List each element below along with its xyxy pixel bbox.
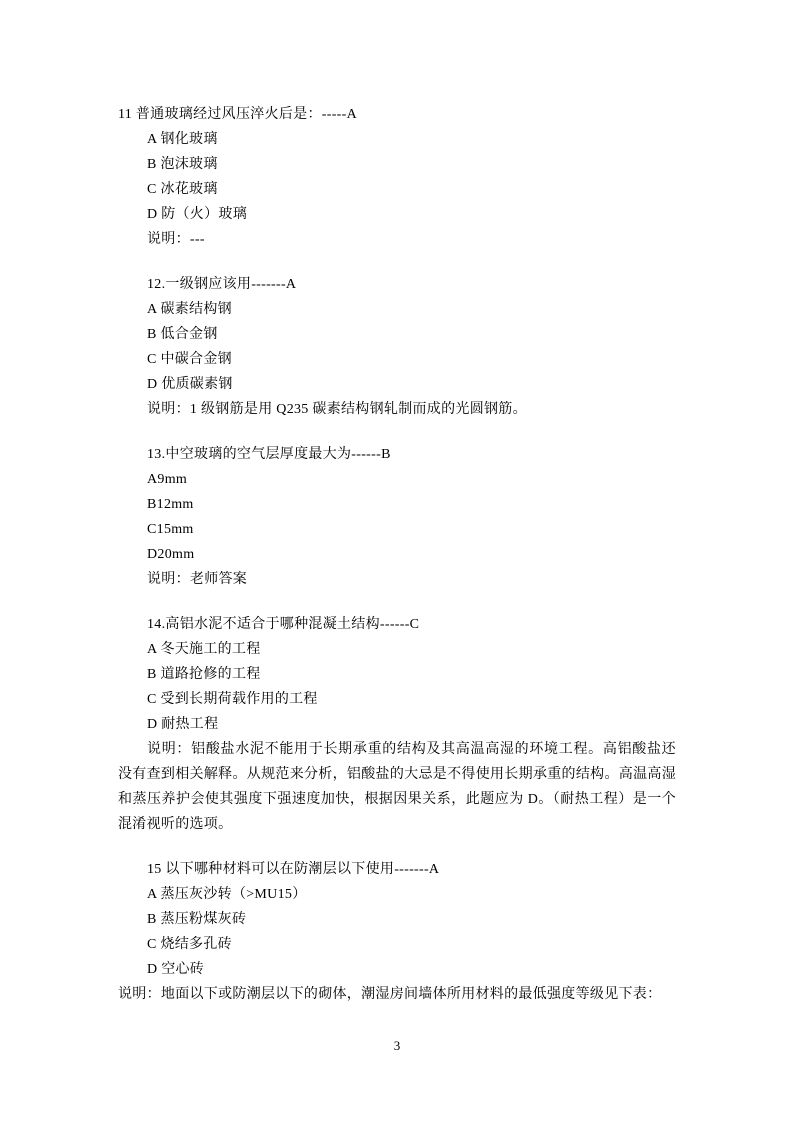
question-13-option-c: C15mm bbox=[118, 517, 676, 542]
question-13-explanation: 说明：老师答案 bbox=[118, 567, 676, 592]
question-12-explanation: 说明：1 级钢筋是用 Q235 碳素结构钢轧制而成的光圆钢筋。 bbox=[118, 397, 676, 422]
question-12-option-c: C 中碳合金钢 bbox=[118, 347, 676, 372]
question-11-option-d: D 防（火）玻璃 bbox=[118, 202, 676, 227]
question-14-option-a: A 冬天施工的工程 bbox=[118, 637, 676, 662]
question-11-option-a: A 钢化玻璃 bbox=[118, 127, 676, 152]
question-12-title: 12.一级钢应该用-------A bbox=[118, 272, 676, 297]
question-13: 13.中空玻璃的空气层厚度最大为------B A9mm B12mm C15mm… bbox=[118, 442, 676, 592]
question-13-option-d: D20mm bbox=[118, 542, 676, 567]
question-15-option-c: C 烧结多孔砖 bbox=[118, 932, 676, 957]
question-15-explanation: 说明：地面以下或防潮层以下的砌体，潮湿房间墙体所用材料的最低强度等级见下表： bbox=[118, 982, 676, 1007]
question-13-option-a: A9mm bbox=[118, 467, 676, 492]
question-15-option-d: D 空心砖 bbox=[118, 957, 676, 982]
question-12: 12.一级钢应该用-------A A 碳素结构钢 B 低合金钢 C 中碳合金钢… bbox=[118, 272, 676, 422]
page-number: 3 bbox=[0, 1033, 794, 1058]
question-14-option-c: C 受到长期荷载作用的工程 bbox=[118, 687, 676, 712]
question-12-option-d: D 优质碳素钢 bbox=[118, 372, 676, 397]
question-11-option-c: C 冰花玻璃 bbox=[118, 177, 676, 202]
question-11: 11 普通玻璃经过风压淬火后是：-----A A 钢化玻璃 B 泡沫玻璃 C 冰… bbox=[118, 102, 676, 252]
document-page: 11 普通玻璃经过风压淬火后是：-----A A 钢化玻璃 B 泡沫玻璃 C 冰… bbox=[0, 0, 794, 1123]
question-11-option-b: B 泡沫玻璃 bbox=[118, 152, 676, 177]
question-13-option-b: B12mm bbox=[118, 492, 676, 517]
question-12-option-b: B 低合金钢 bbox=[118, 322, 676, 347]
question-14-explanation: 说明：铝酸盐水泥不能用于长期承重的结构及其高温高湿的环境工程。高铝酸盐还没有查到… bbox=[118, 737, 676, 837]
question-11-title: 11 普通玻璃经过风压淬火后是：-----A bbox=[118, 102, 676, 127]
question-15-option-b: B 蒸压粉煤灰砖 bbox=[118, 907, 676, 932]
question-12-option-a: A 碳素结构钢 bbox=[118, 297, 676, 322]
question-15-option-a: A 蒸压灰沙转（>MU15） bbox=[118, 882, 676, 907]
question-14-title: 14.高铝水泥不适合于哪种混凝土结构------C bbox=[118, 612, 676, 637]
question-14-option-d: D 耐热工程 bbox=[118, 712, 676, 737]
question-15: 15 以下哪种材料可以在防潮层以下使用-------A A 蒸压灰沙转（>MU1… bbox=[118, 857, 676, 1007]
question-14: 14.高铝水泥不适合于哪种混凝土结构------C A 冬天施工的工程 B 道路… bbox=[118, 612, 676, 837]
question-13-title: 13.中空玻璃的空气层厚度最大为------B bbox=[118, 442, 676, 467]
question-15-title: 15 以下哪种材料可以在防潮层以下使用-------A bbox=[118, 857, 676, 882]
question-14-option-b: B 道路抢修的工程 bbox=[118, 662, 676, 687]
question-11-explanation: 说明：--- bbox=[118, 227, 676, 252]
